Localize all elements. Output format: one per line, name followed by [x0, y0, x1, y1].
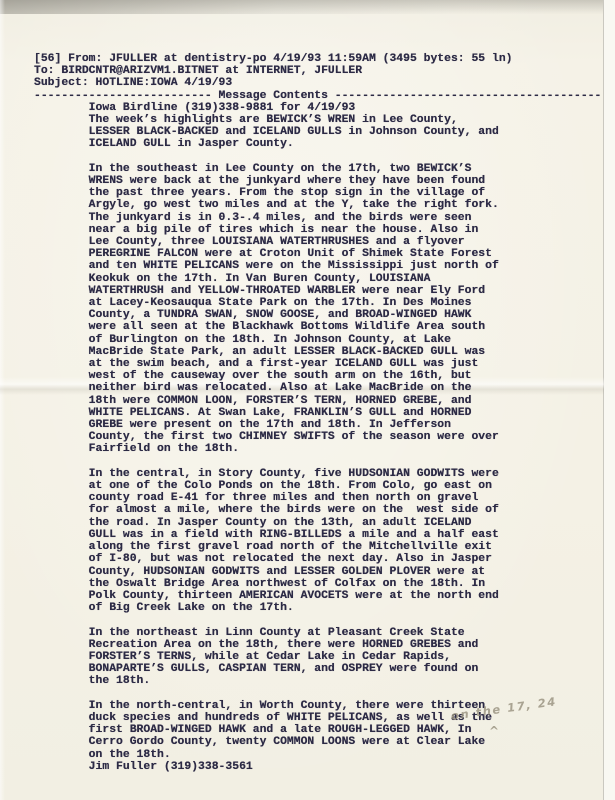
- text-line: MacBride State Park, an adult LESSER BLA…: [34, 346, 601, 358]
- text-line: the road. In Jasper County on the 13th, …: [34, 517, 601, 529]
- text-line: LESSER BLACK-BACKED and ICELAND GULLS in…: [34, 126, 601, 138]
- text-line: Jim Fuller (319)338-3561: [34, 761, 601, 773]
- text-line: of Burlington on the 18th. In Johnson Co…: [34, 334, 601, 346]
- text-line: at the swim beach, and a first-year ICEL…: [34, 358, 601, 370]
- text-line: GREBE were present on the 17th and 18th.…: [34, 419, 601, 431]
- text-line: Lee County, three LOUISIANA WATERTHRUSHE…: [34, 236, 601, 248]
- text-line: [34, 456, 601, 468]
- text-line: along the first gravel road north of the…: [34, 541, 601, 553]
- text-line: Keokuk on the 17th. In Van Buren County,…: [34, 273, 601, 285]
- text-line: WRENS were back at the junkyard where th…: [34, 175, 601, 187]
- text-line: The junkyard is in 0.3-.4 miles, and the…: [34, 212, 601, 224]
- scan-edge-right: [603, 0, 615, 800]
- text-line: Argyle, go west two miles and at the Y, …: [34, 199, 601, 211]
- text-line: west of the causeway over the south arm …: [34, 370, 601, 382]
- text-line: In the southeast in Lee County on the 17…: [34, 163, 601, 175]
- text-line: WATERTHRUSH and YELLOW-THROATED WARBLER …: [34, 285, 601, 297]
- text-line: GULL was in a field with RING-BILLEDS a …: [34, 529, 601, 541]
- text-line: -------------------------- Message Conte…: [34, 90, 601, 102]
- text-line: the 18th.: [34, 675, 601, 687]
- text-line: [56] From: JFULLER at dentistry-po 4/19/…: [34, 53, 601, 65]
- text-line: on the 18th.: [34, 749, 601, 761]
- text-line: Recreation Area on the 18th, there were …: [34, 639, 601, 651]
- text-line: were all seen at the Blackhawk Bottoms W…: [34, 321, 601, 333]
- text-line: Cerro Gordo County, twenty COMMON LOONS …: [34, 736, 601, 748]
- text-line: Iowa Birdline (319)338-9881 for 4/19/93: [34, 102, 601, 114]
- text-line: first BROAD-WINGED HAWK and a late ROUGH…: [34, 724, 601, 736]
- text-line: of I-80, but was not relocated the next …: [34, 553, 601, 565]
- text-line: County, HUDSONIAN GODWITS and LESSER GOL…: [34, 566, 601, 578]
- text-line: In the northeast in Linn County at Pleas…: [34, 627, 601, 639]
- text-line: ICELAND GULL in Jasper County.: [34, 138, 601, 150]
- text-line: FORSTER’S TERNS, while at Cedar Lake in …: [34, 651, 601, 663]
- text-line: for almost a mile, where the birds were …: [34, 504, 601, 516]
- text-line: [34, 688, 601, 700]
- text-line: Polk County, thirteen AMERICAN AVOCETS w…: [34, 590, 601, 602]
- text-line: the Oswalt Bridge Area northwest of Colf…: [34, 578, 601, 590]
- handwritten-caret-icon: ^: [489, 724, 499, 738]
- text-line: Fairfield on the 18th.: [34, 443, 601, 455]
- text-line: of Big Creek Lake on the 17th.: [34, 602, 601, 614]
- message-text: [56] From: JFULLER at dentistry-po 4/19/…: [34, 53, 601, 773]
- text-line: County, a TUNDRA SWAN, SNOW GOOSE, and B…: [34, 309, 601, 321]
- text-line: Subject: HOTLINE:IOWA 4/19/93: [34, 77, 601, 89]
- text-line: The week’s highlights are BEWICK’S WREN …: [34, 114, 601, 126]
- text-line: near a big pile of tires which is near t…: [34, 224, 601, 236]
- text-line: County, the first two CHIMNEY SWIFTS of …: [34, 431, 601, 443]
- text-line: neither bird was relocated. Also at Lake…: [34, 382, 601, 394]
- text-line: and ten WHITE PELICANS were on the Missi…: [34, 260, 601, 272]
- text-line: 18th were COMMON LOON, FORSTER’S TERN, H…: [34, 395, 601, 407]
- text-line: PEREGRINE FALCON were at Croton Unit of …: [34, 248, 601, 260]
- text-line: county road E-41 for three miles and the…: [34, 492, 601, 504]
- scan-edge-left: [0, 0, 5, 800]
- text-line: To: BIRDCNTR@ARIZVM1.BITNET at INTERNET,…: [34, 65, 601, 77]
- text-line: the past three years. From the stop sign…: [34, 187, 601, 199]
- text-line: WHITE PELICANS. At Swan Lake, FRANKLIN’S…: [34, 407, 601, 419]
- text-line: [34, 151, 601, 163]
- scanned-email-page: [56] From: JFULLER at dentistry-po 4/19/…: [0, 0, 615, 800]
- text-line: at one of the Colo Ponds on the 18th. Fr…: [34, 480, 601, 492]
- text-line: [34, 614, 601, 626]
- text-line: In the central, in Story County, five HU…: [34, 468, 601, 480]
- scan-edge-top: [0, 0, 615, 14]
- text-line: BONAPARTE’S GULLS, CASPIAN TERN, and OSP…: [34, 663, 601, 675]
- text-line: at Lacey-Keosauqua State Park on the 17t…: [34, 297, 601, 309]
